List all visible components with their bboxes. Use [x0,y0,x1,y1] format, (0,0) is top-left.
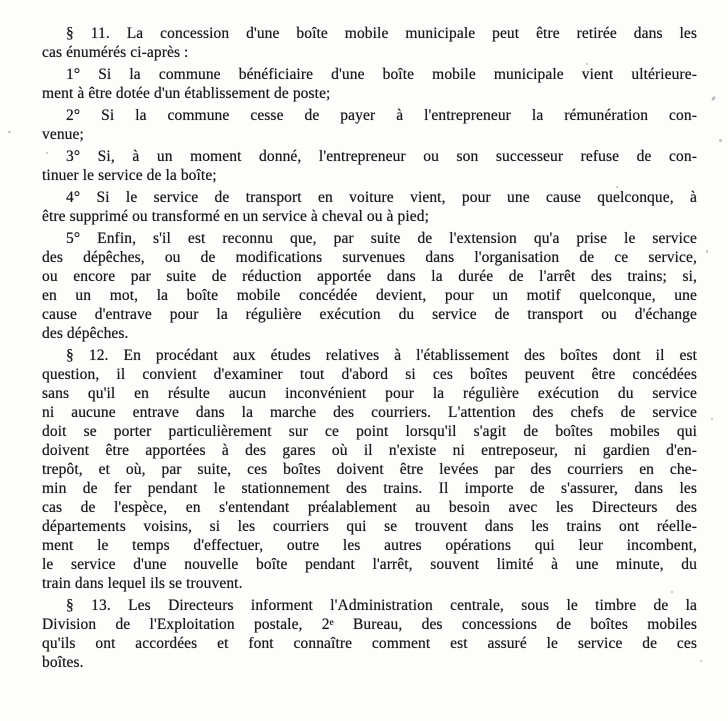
text-line: § 11. La concession d'une boîte mobile m… [42,24,697,43]
text-line: 4° Si le service de transport en voiture… [42,188,697,207]
scanned-page: § 11. La concession d'une boîte mobile m… [0,0,728,721]
text-line: sans qu'il en résulte aucun inconvénient… [42,384,697,403]
text-line: ou encore par suite de réduction apporté… [42,267,697,286]
paragraph-item-5: 5° Enfin, s'il est reconnu que, par suit… [42,229,697,343]
text-line: § 13. Les Directeurs informent l'Adminis… [42,596,697,615]
text-line: venue; [42,125,697,144]
text-line: min de fer pendant le stationnement des … [42,479,697,498]
text-line: train dans lequel ils se trouvent. [42,574,697,593]
scan-noise-speck [706,250,708,253]
text-line: 1° Si la commune bénéficiaire d'une boît… [42,65,697,84]
text-line: 2° Si la commune cesse de payer à l'entr… [42,106,697,125]
text-line: ment à être dotée d'un établissement de … [42,84,697,103]
paragraph-item-3: 3° Si, à un moment donné, l'entrepreneur… [42,147,697,185]
scan-noise-speck [700,660,702,662]
text-line: des dépêches, ou de modifications surven… [42,248,697,267]
scan-noise-speck [671,591,673,593]
paragraph-section-12: § 12. En procédant aux études relatives … [42,346,697,593]
text-line: § 12. En procédant aux études relatives … [42,346,697,365]
text-line: doit se porter particulièrement sur ce p… [42,422,697,441]
text-line: cause d'entrave pour la régulière exécut… [42,305,697,324]
paragraph-section-11: § 11. La concession d'une boîte mobile m… [42,24,697,62]
text-line: 3° Si, à un moment donné, l'entrepreneur… [42,147,697,166]
paragraph-item-2: 2° Si la commune cesse de payer à l'entr… [42,106,697,144]
text-line: ni aucune entrave dans la marche des cou… [42,403,697,422]
text-line: en un mot, la boîte mobile concédée devi… [42,286,697,305]
text-line: tinuer le service de la boîte; [42,166,697,185]
paragraph-item-1: 1° Si la commune bénéficiaire d'une boît… [42,65,697,103]
text-line: ment le temps d'effectuer, outre les aut… [42,536,697,555]
text-line: cas énumérés ci-après : [42,43,697,62]
text-line: Division de l'Exploitation postale, 2ᵉ B… [42,615,697,634]
text-line: le service d'une nouvelle boîte pendant … [42,555,697,574]
scan-noise-speck [8,131,11,133]
text-line: doivent être apportées à des gares où il… [42,441,697,460]
text-line: 5° Enfin, s'il est reconnu que, par suit… [42,229,697,248]
scan-noise-speck [711,418,713,420]
text-line: trepôt, et où, par suite, ces boîtes doi… [42,460,697,479]
paragraph-item-4: 4° Si le service de transport en voiture… [42,188,697,226]
text-line: cas de l'espèce, en s'entendant préalabl… [42,498,697,517]
scan-noise-speck [586,63,588,65]
text-line: question, il convient d'examiner tout d'… [42,365,697,384]
text-line: qu'ils ont accordées et font connaître c… [42,634,697,653]
text-line: boîtes. [42,653,697,672]
scan-noise-speck [46,152,48,154]
text-line: des dépêches. [42,324,697,343]
scan-noise-speck [616,186,618,188]
text-line: être supprimé ou transformé en un servic… [42,207,697,226]
paragraph-section-13: § 13. Les Directeurs informent l'Adminis… [42,596,697,672]
text-block: § 11. La concession d'une boîte mobile m… [42,24,697,675]
scan-noise-speck [719,139,722,142]
text-line: départements voisins, si les courriers q… [42,517,697,536]
scan-noise-speck [711,96,716,102]
